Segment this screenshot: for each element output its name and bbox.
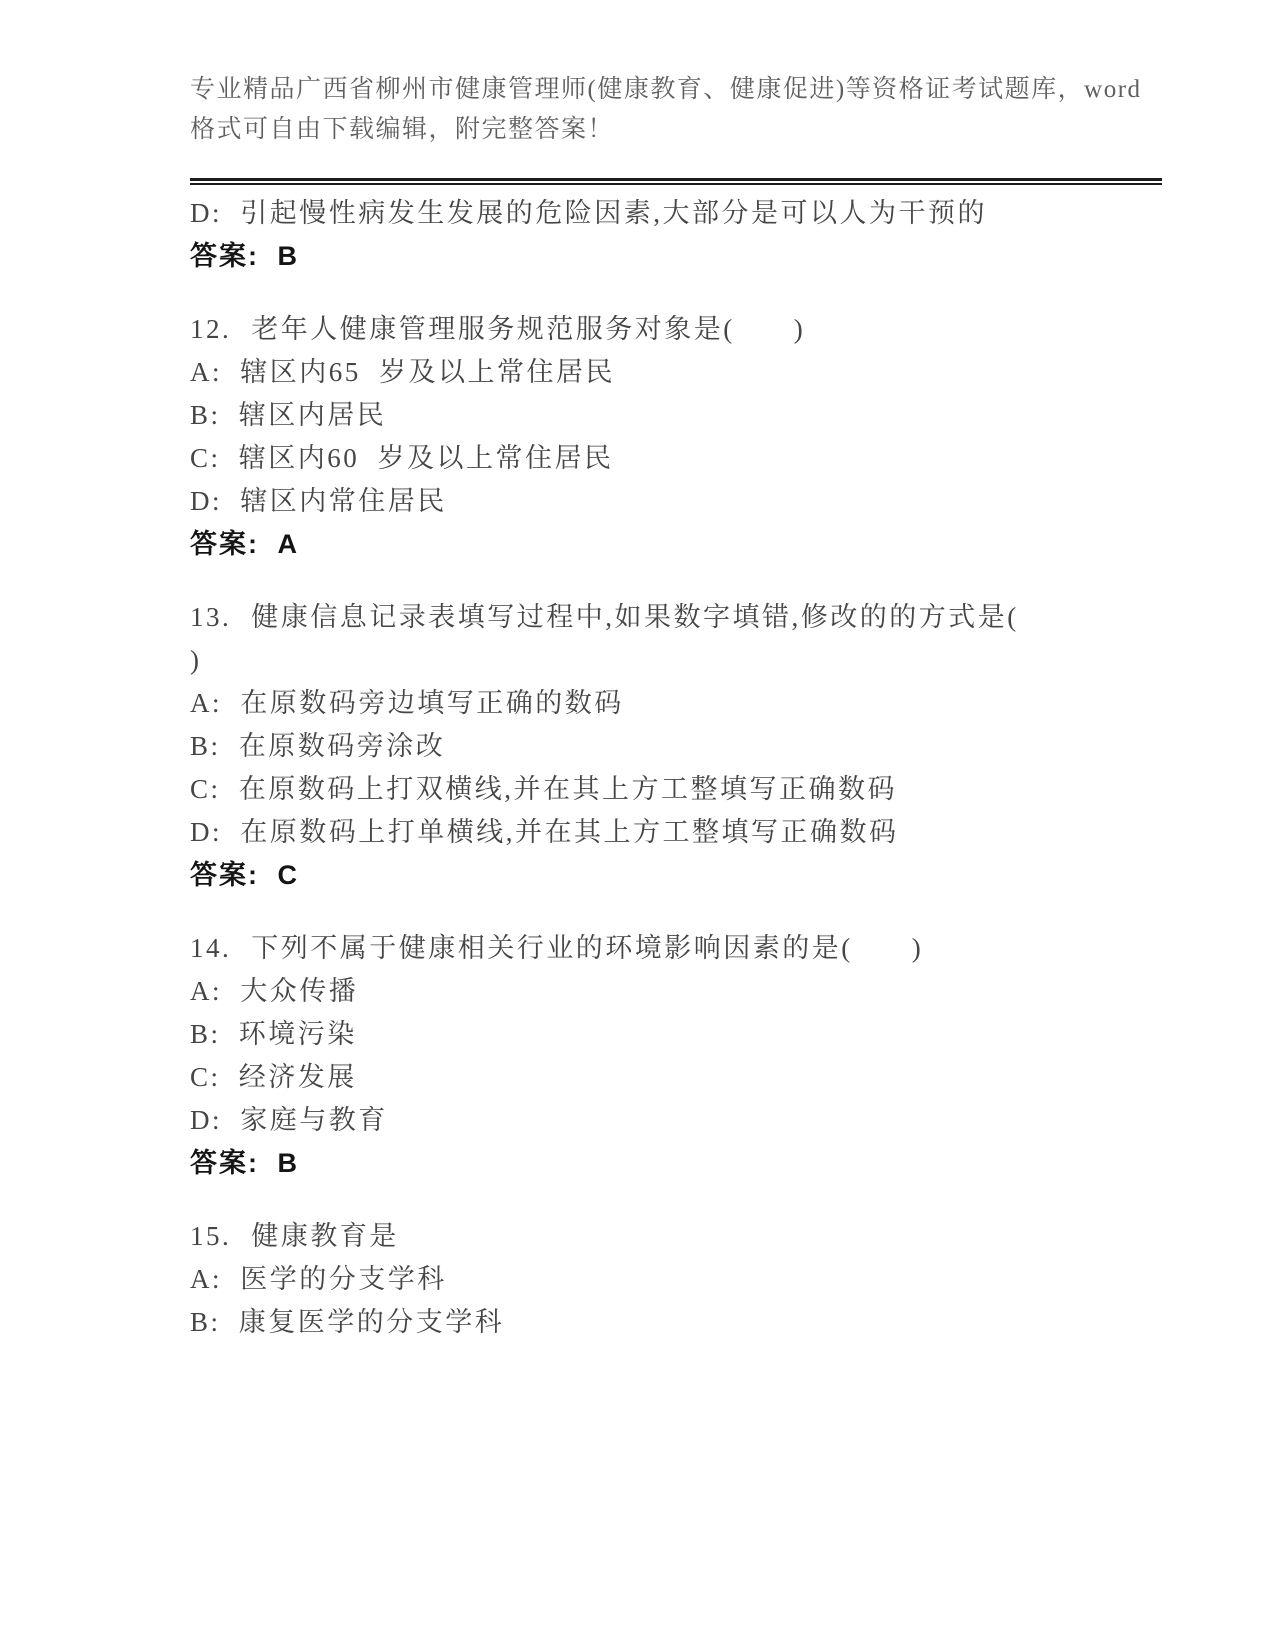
question-13-option-c: C: 在原数码上打双横线,并在其上方工整填写正确数码 — [190, 776, 1105, 803]
question-14-option-b: B: 环境污染 — [190, 1021, 1105, 1048]
header-line-1: 专业精品广西省柳州市健康管理师(健康教育、健康促进)等资格证考试题库，word — [190, 70, 1105, 110]
question-15-option-b: B: 康复医学的分支学科 — [190, 1309, 1105, 1336]
header-divider-double-line — [190, 178, 1162, 185]
question-14-title-text: 下列不属于健康相关行业的环境影响因素的是( ) — [251, 933, 923, 963]
question-12-number: 12. — [190, 316, 231, 343]
document-body: D: 引起慢性病发生发展的危险因素,大部分是可以人为干预的 答案: B 12.老… — [190, 200, 1105, 1336]
question-13-number: 13. — [190, 604, 231, 631]
question-13-option-d: D: 在原数码上打单横线,并在其上方工整填写正确数码 — [190, 819, 1105, 846]
question-12-title-text: 老年人健康管理服务规范服务对象是( ) — [251, 314, 805, 344]
question-13-answer: 答案: C — [190, 862, 1105, 889]
question-14-answer: 答案: B — [190, 1150, 1105, 1177]
question-14-option-d: D: 家庭与教育 — [190, 1107, 1105, 1134]
carryover-answer: 答案: B — [190, 243, 1105, 270]
question-13-title: 13.健康信息记录表填写过程中,如果数字填错,修改的的方式是( — [190, 604, 1105, 631]
carryover-option-d: D: 引起慢性病发生发展的危险因素,大部分是可以人为干预的 — [190, 200, 1105, 227]
document-header: 专业精品广西省柳州市健康管理师(健康教育、健康促进)等资格证考试题库，word … — [190, 70, 1105, 150]
question-13-option-a: A: 在原数码旁边填写正确的数码 — [190, 690, 1105, 717]
question-15-title: 15.健康教育是 — [190, 1223, 1105, 1250]
question-12-option-b: B: 辖区内居民 — [190, 402, 1105, 429]
question-12-title: 12.老年人健康管理服务规范服务对象是( ) — [190, 316, 1105, 343]
question-15: 15.健康教育是 A: 医学的分支学科 B: 康复医学的分支学科 — [190, 1223, 1105, 1336]
question-13-title-text: 健康信息记录表填写过程中,如果数字填错,修改的的方式是( — [251, 602, 1019, 632]
question-14: 14.下列不属于健康相关行业的环境影响因素的是( ) A: 大众传播 B: 环境… — [190, 935, 1105, 1177]
question-12-option-c: C: 辖区内60 岁及以上常住居民 — [190, 445, 1105, 472]
question-15-number: 15. — [190, 1223, 231, 1250]
question-15-option-a: A: 医学的分支学科 — [190, 1266, 1105, 1293]
question-14-title: 14.下列不属于健康相关行业的环境影响因素的是( ) — [190, 935, 1105, 962]
question-13-title-continuation: ) — [190, 647, 1105, 674]
question-12-answer: 答案: A — [190, 531, 1105, 558]
question-14-option-c: C: 经济发展 — [190, 1064, 1105, 1091]
question-12-option-d: D: 辖区内常住居民 — [190, 488, 1105, 515]
question-12-option-a: A: 辖区内65 岁及以上常住居民 — [190, 359, 1105, 386]
document-page: 专业精品广西省柳州市健康管理师(健康教育、健康促进)等资格证考试题库，word … — [0, 0, 1275, 1650]
question-12: 12.老年人健康管理服务规范服务对象是( ) A: 辖区内65 岁及以上常住居民… — [190, 316, 1105, 558]
question-13-option-b: B: 在原数码旁涂改 — [190, 733, 1105, 760]
header-line-2: 格式可自由下载编辑，附完整答案！ — [190, 110, 1105, 150]
question-14-number: 14. — [190, 935, 231, 962]
question-14-option-a: A: 大众传播 — [190, 978, 1105, 1005]
question-13: 13.健康信息记录表填写过程中,如果数字填错,修改的的方式是( ) A: 在原数… — [190, 604, 1105, 889]
question-15-title-text: 健康教育是 — [251, 1221, 399, 1251]
